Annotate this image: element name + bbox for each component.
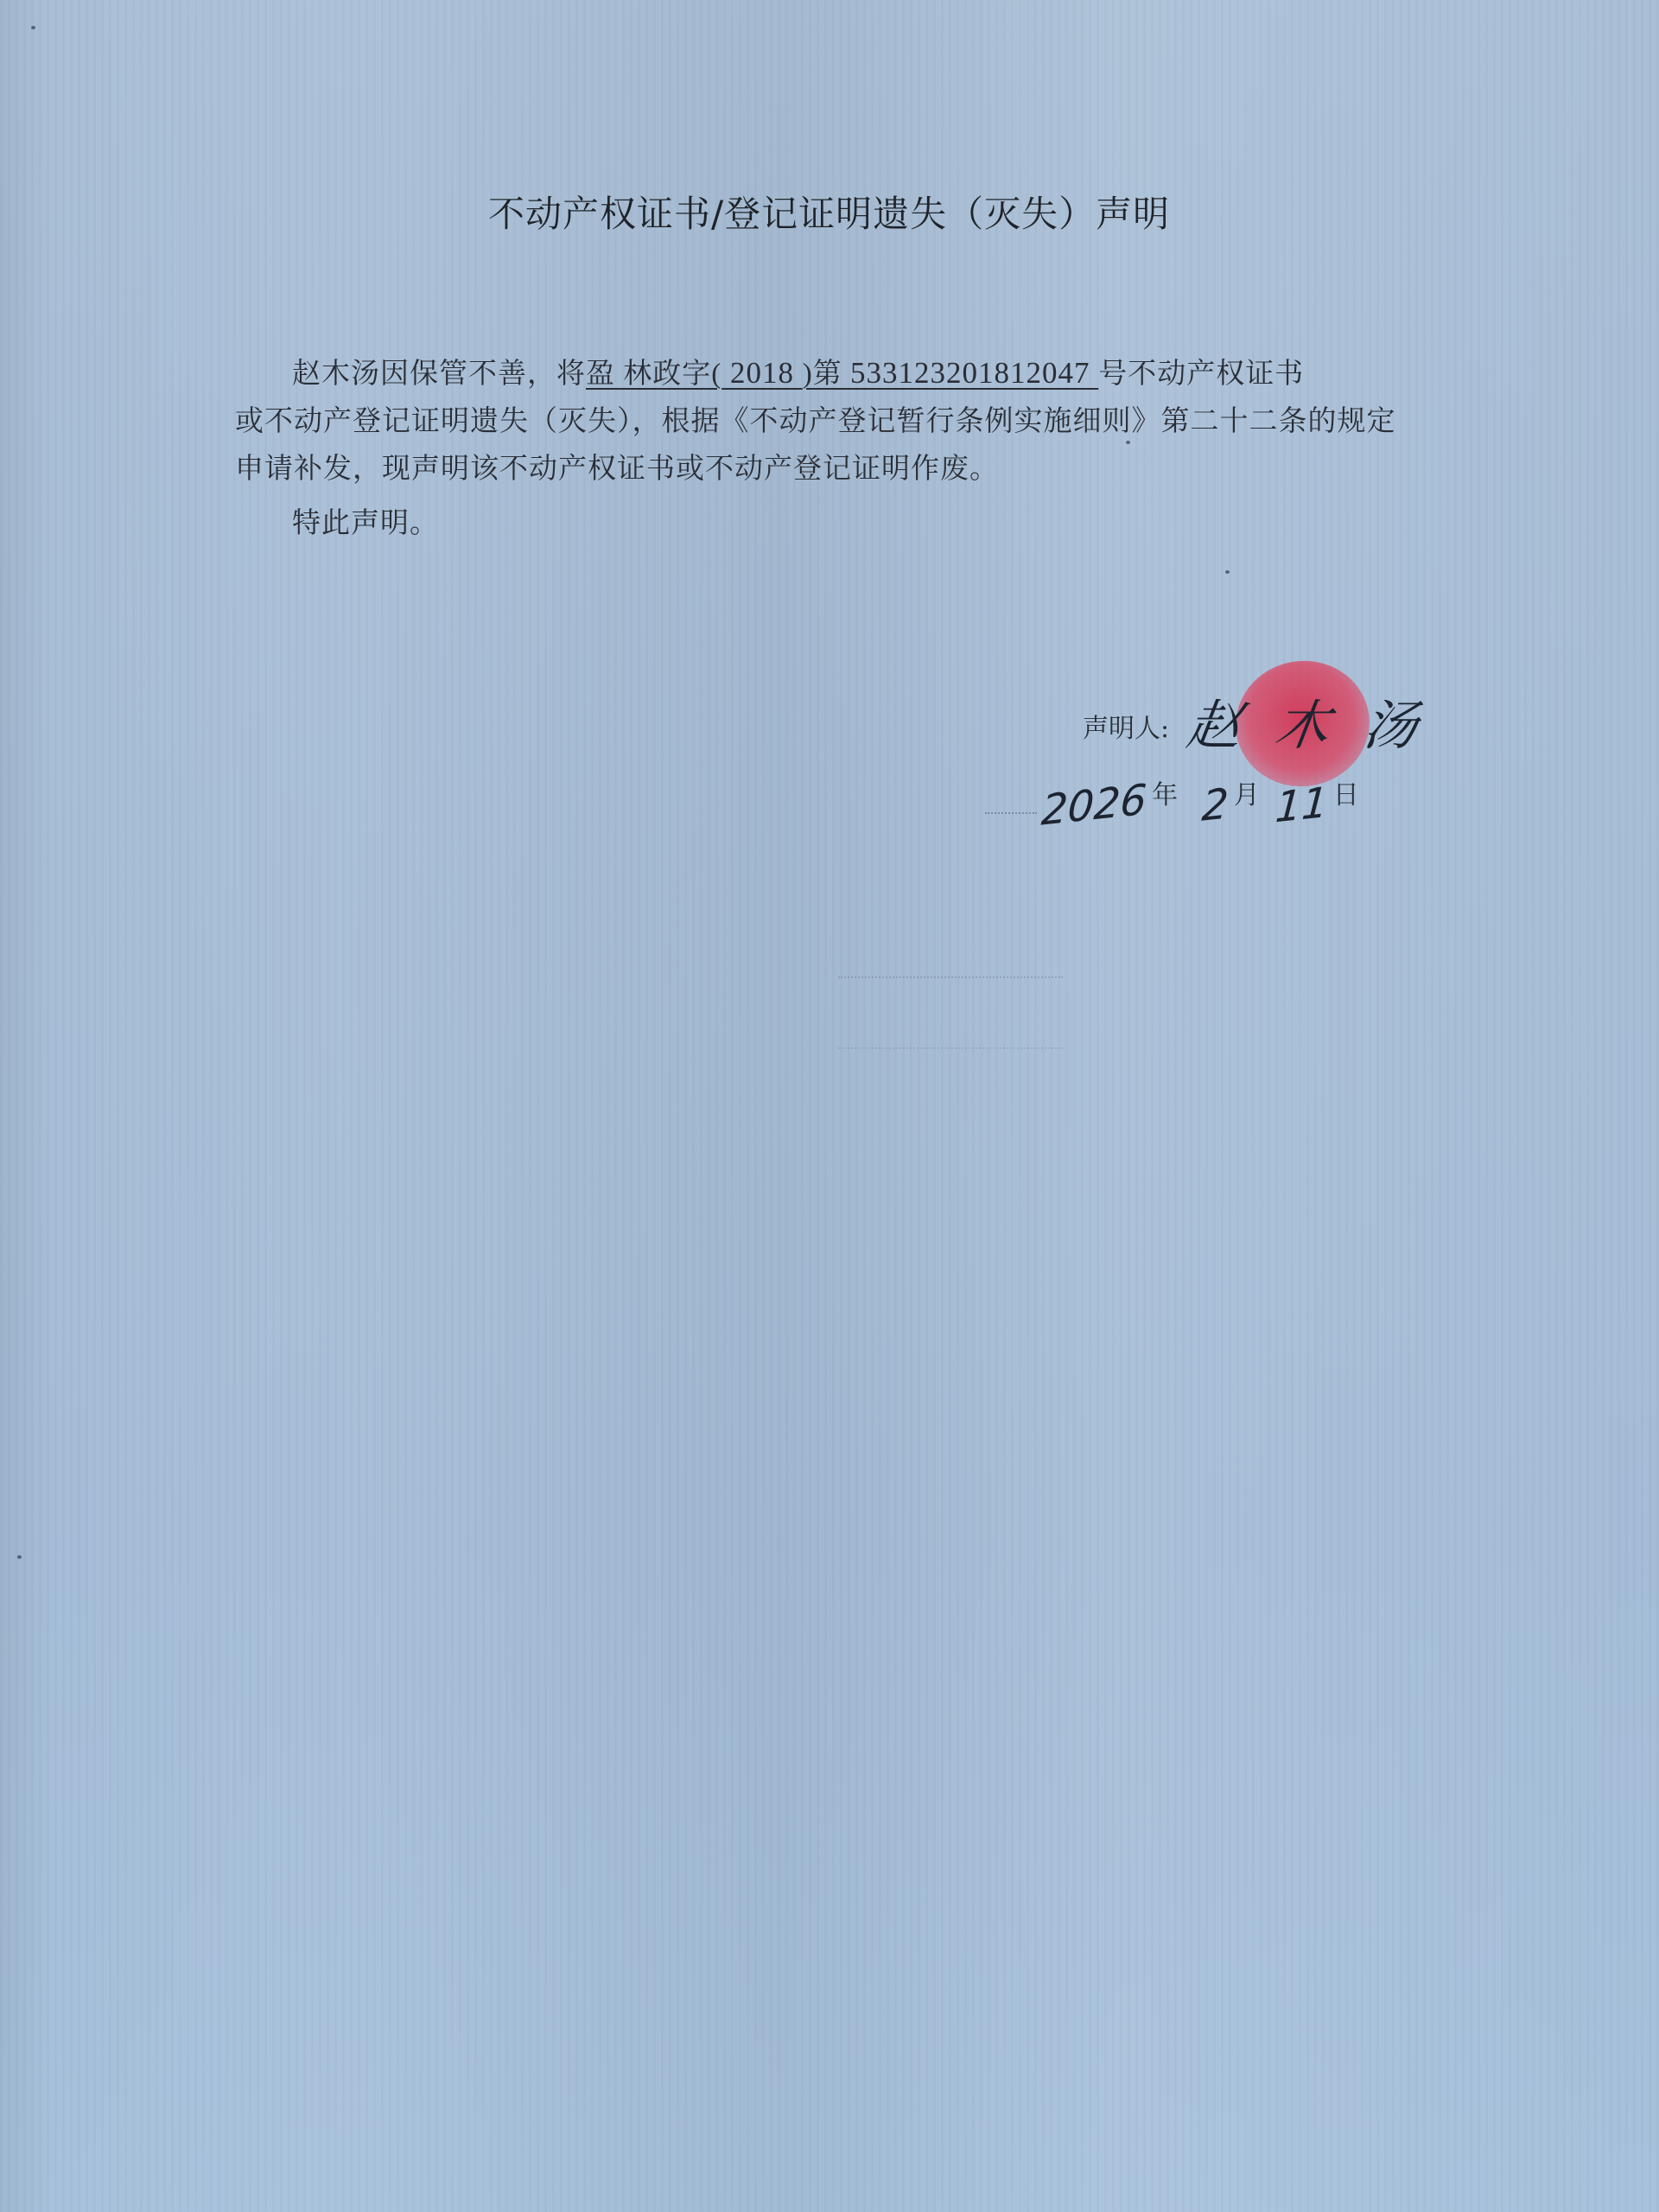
declarant-label: 声明人: xyxy=(1083,707,1169,745)
declaration-document: 不动产权证书/登记证明遗失（灭失）声明 赵木汤因保管不善，将盈 林政字( 201… xyxy=(0,0,1659,2212)
closing-statement: 特此声明。 xyxy=(292,499,439,546)
cert-year: 2018 xyxy=(721,356,803,390)
document-title: 不动产权证书/登记证明遗失（灭失）声明 xyxy=(488,186,1170,238)
signature-date: 2026年2月11日 xyxy=(1041,773,1383,829)
print-artifact xyxy=(985,812,1037,817)
day-unit: 日 xyxy=(1333,780,1359,810)
show-through-artifact xyxy=(838,976,1063,1049)
owner-statement: 赵木汤因保管不善，将 xyxy=(292,356,586,390)
date-day: 11 xyxy=(1274,778,1330,832)
date-year: 2026 xyxy=(1039,775,1147,835)
month-unit: 月 xyxy=(1234,780,1260,810)
line1-suffix: 号不动产权证书 xyxy=(1098,356,1304,390)
certificate-number-field: 盈 林政字( 2018 )第 533123201812047 xyxy=(586,359,1098,390)
year-unit: 年 xyxy=(1152,780,1178,810)
date-month: 2 xyxy=(1200,779,1230,831)
paper-speck xyxy=(31,26,35,29)
paper-speck xyxy=(1126,441,1130,444)
body-line-3: 申请补发，现声明该不动产权证书或不动产登记证明作废。 xyxy=(235,445,999,492)
body-line-1: 赵木汤因保管不善，将盈 林政字( 2018 )第 533123201812047… xyxy=(292,350,1304,397)
handwritten-signature: 赵木汤 xyxy=(1183,683,1459,760)
paper-speck xyxy=(17,1555,22,1559)
paper-speck xyxy=(1225,570,1230,574)
cert-region: 盈 林政字( xyxy=(586,359,721,390)
body-line-2: 或不动产登记证明遗失（灭失），根据《不动产登记暂行条例实施细则》第二十二条的规定 xyxy=(235,397,1396,444)
cert-number: 533123201812047 xyxy=(850,356,1098,390)
cert-mid: )第 xyxy=(803,359,850,390)
